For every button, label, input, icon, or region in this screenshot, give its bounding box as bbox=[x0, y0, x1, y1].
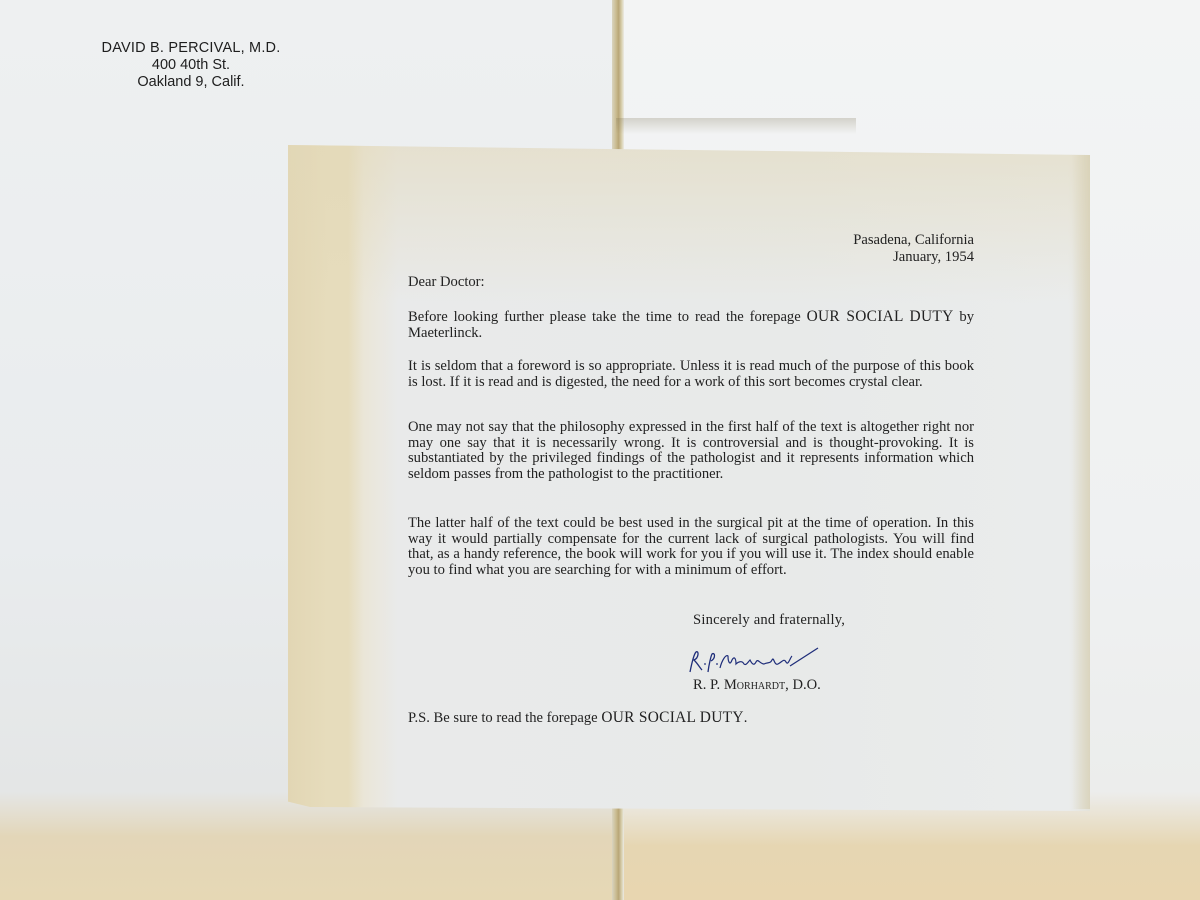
owner-address-city: Oakland 9, Calif. bbox=[96, 74, 286, 91]
owner-name: DAVID B. PERCIVAL, M.D. bbox=[96, 40, 286, 57]
owner-address-street: 400 40th St. bbox=[96, 57, 286, 74]
letter-paragraph-1: Before looking further please take the t… bbox=[408, 309, 974, 341]
letter-date: January, 1954 bbox=[740, 249, 974, 266]
owner-bookplate-stamp: DAVID B. PERCIVAL, M.D. 400 40th St. Oak… bbox=[96, 40, 286, 91]
letter-postscript: P.S. Be sure to read the forepage OUR SO… bbox=[408, 709, 747, 727]
letter-paragraph-2: It is seldom that a foreword is so appro… bbox=[408, 359, 974, 390]
letter-place: Pasadena, California bbox=[740, 232, 974, 249]
postscript-text: . bbox=[744, 710, 748, 726]
letter-dateline: Pasadena, California January, 1954 bbox=[740, 232, 974, 266]
paragraph-text: Before looking further please take the t… bbox=[408, 309, 807, 325]
page-shadow bbox=[616, 118, 856, 134]
letter-signer: R. P. Morhardt, D.O. bbox=[693, 677, 821, 694]
letter-closing: Sincerely and fraternally, bbox=[693, 612, 845, 629]
letter-paragraph-3: One may not say that the philosophy expr… bbox=[408, 420, 974, 482]
postscript-text: P.S. Be sure to read the forepage bbox=[408, 710, 601, 726]
signer-initials: R. P. bbox=[693, 677, 724, 693]
book-title-reference: OUR SOCIAL DUTY bbox=[807, 308, 954, 325]
signer-credential: , D.O. bbox=[785, 677, 821, 693]
handwritten-signature bbox=[686, 646, 826, 676]
letter-paragraph-4: The latter half of the text could be bes… bbox=[408, 516, 974, 578]
signer-surname: Morhardt bbox=[724, 677, 785, 693]
book-title-reference: OUR SOCIAL DUTY bbox=[601, 709, 743, 726]
letter-salutation: Dear Doctor: bbox=[408, 274, 485, 291]
